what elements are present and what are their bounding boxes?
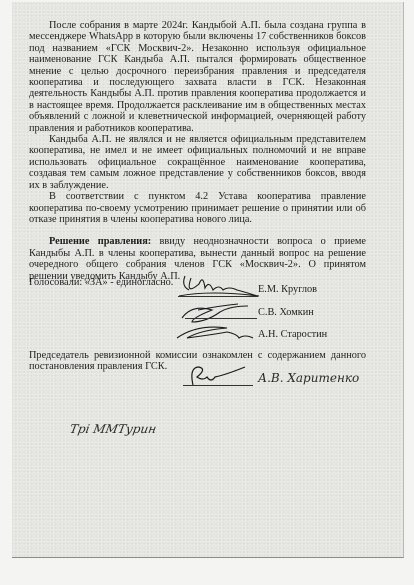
paragraph-2: Кандыба А.П. не являлся и не является оф… <box>29 134 366 191</box>
signer-name-2: С.В. Хомкин <box>258 307 314 318</box>
chair-handwritten-name: А.В. Харитенко <box>258 371 359 385</box>
signature-line-1 <box>178 296 258 297</box>
paragraph-3: В соответствии с пунктом 4.2 Устава кооп… <box>29 191 366 225</box>
document-body: После собрания в марте 2024г. Кандыбой А… <box>29 20 366 282</box>
bottom-handwritten-note: Трі ММТурин <box>69 422 158 436</box>
signer-name-3: А.Н. Старостин <box>258 329 327 340</box>
signature-starostin <box>173 322 263 342</box>
vote-result: Голосовали: «ЗА» - единогласно. <box>29 277 173 288</box>
signature-khomkin <box>178 300 258 324</box>
paragraph-1: После собрания в марте 2024г. Кандыбой А… <box>29 20 366 134</box>
signer-name-1: Е.М. Круглов <box>258 284 317 295</box>
decision-label: Решение правления: <box>49 236 151 247</box>
signature-line-2 <box>185 318 257 319</box>
signature-line-chair <box>183 385 253 386</box>
